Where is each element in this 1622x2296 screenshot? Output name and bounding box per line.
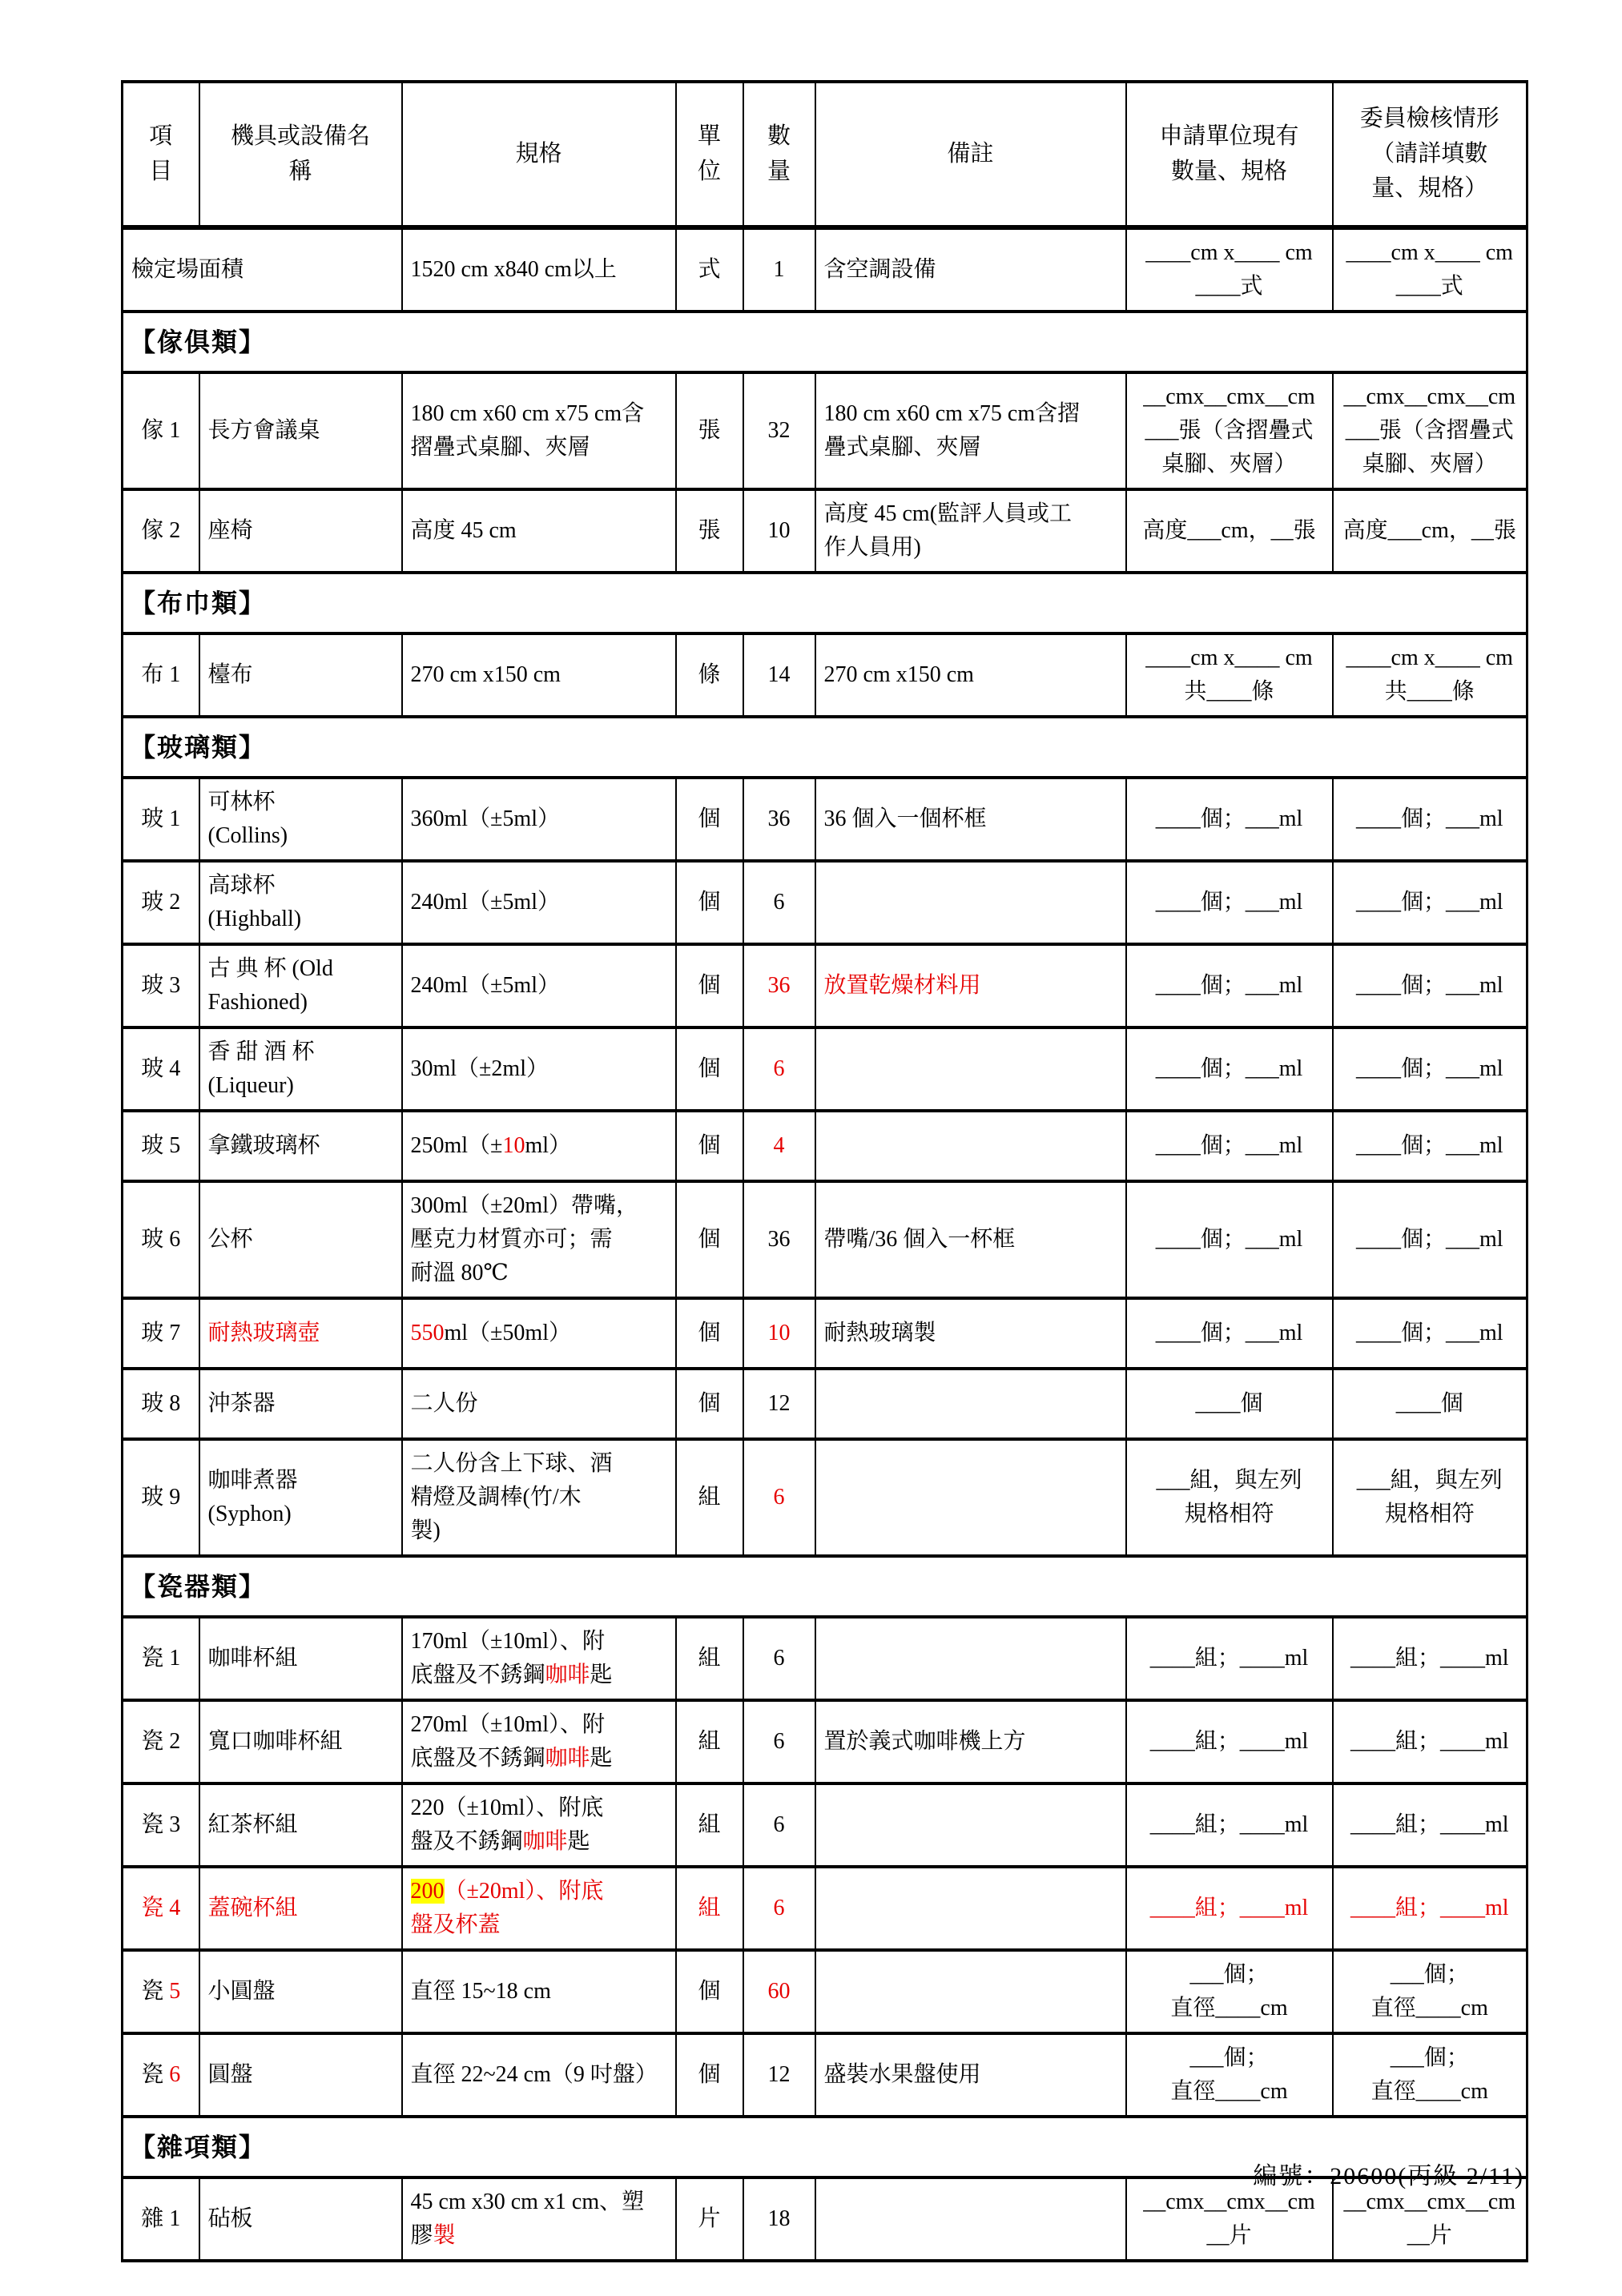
text-run: 6 [774,1896,785,1920]
cell-spec: 二人份含上下球、酒 精燈及調棒(竹/木 製) [402,1439,676,1556]
text-run: 公杯 [208,1227,253,1252]
text-run: 玻 7 [141,1321,180,1345]
text-run: 個 [698,973,720,998]
text-run: 玻 4 [141,1056,180,1081]
cell-unit: 張 [676,489,743,573]
text-run: 組 [698,1896,720,1920]
text-run: ____個 [1396,1391,1463,1416]
cell-note: 盛裝水果盤使用 [815,2033,1126,2117]
cell-unit: 個 [676,1181,743,1298]
cell-apply: ____組；____ml [1126,1783,1333,1867]
column-header: 單 位 [676,82,743,227]
text-run: 30ml（±2ml） [411,1056,549,1081]
table-row: 瓷 5小圓盤直徑 15~18 cm個60___個； 直徑____cm___個； … [123,1950,1527,2033]
text-run: ____cm x____ cm 共____條 [1346,645,1513,704]
cell-unit: 張 [676,372,743,489]
table-row: 瓷 2寬口咖啡杯組270ml（±10ml）、附 底盤及不銹鋼咖啡匙組6置於義式咖… [123,1700,1527,1783]
cell-qty: 36 [743,778,815,861]
text-run: 個 [698,1133,720,1158]
text-run: 180 cm x60 cm x75 cm含 摺疊式桌腳、夾層 [411,401,645,460]
cell-id: 玻 2 [123,861,199,944]
table-row: 瓷 6圓盤直徑 22~24 cm（9 吋盤）個12盛裝水果盤使用___個； 直徑… [123,2033,1527,2117]
text-run: ____組；____ml [1350,1646,1509,1671]
cell-id: 瓷 6 [123,2033,199,2117]
cell-unit: 條 [676,633,743,717]
cell-spec: 200（±20ml）、附底 盤及杯蓋 [402,1867,676,1950]
cell-qty: 6 [743,1027,815,1111]
table-row: 玻 3古 典 杯 (Old Fashioned)240ml（±5ml）個36放置… [123,944,1527,1027]
table-row: 傢 1長方會議桌180 cm x60 cm x75 cm含 摺疊式桌腳、夾層張3… [123,372,1527,489]
cell-check: __cmx__cmx__cm ___張（含摺疊式 桌腳、夾層） [1333,372,1527,489]
table-row: 瓷 4蓋碗杯組200（±20ml）、附底 盤及杯蓋組6____組；____ml_… [123,1867,1527,1950]
section-label: 【傢俱類】 [123,312,1527,372]
text-run: 瓷 [141,2062,169,2087]
text-run: 550 [411,1321,445,1345]
cell-note [815,1783,1126,1867]
cell-note: 含空調設備 [815,227,1126,312]
cell-spec: 高度 45 cm [402,489,676,573]
text-run: 個 [698,890,720,915]
cell-apply: ____個；___ml [1126,1111,1333,1181]
cell-note: 放置乾燥材料用 [815,944,1126,1027]
cell-spec: 30ml（±2ml） [402,1027,676,1111]
cell-qty: 1 [743,227,815,312]
cell-unit: 組 [676,1700,743,1783]
column-header: 項 目 [123,82,199,227]
cell-id: 玻 7 [123,1298,199,1369]
cell-note [815,1617,1126,1700]
cell-name: 紅茶杯組 [199,1783,402,1867]
text-run: ____個；___ml [1156,1133,1303,1158]
cell-name: 咖啡煮器 (Syphon) [199,1439,402,1556]
text-run: 直徑 15~18 cm [411,1979,551,2004]
cell-note [815,861,1126,944]
cell-spec: 360ml（±5ml） [402,778,676,861]
text-run: 32 [768,418,791,443]
cell-id: 玻 1 [123,778,199,861]
cell-check: ___組，與左列 規格相符 [1333,1439,1527,1556]
cell-id: 瓷 2 [123,1700,199,1783]
cell-name: 長方會議桌 [199,372,402,489]
table-row: 瓷 3紅茶杯組220（±10ml）、附底 盤及不銹鋼咖啡匙組6____組；___… [123,1783,1527,1867]
table-row: 玻 1可林杯 (Collins)360ml（±5ml）個3636 個入一個杯框_… [123,778,1527,861]
cell-id: 玻 5 [123,1111,199,1181]
text-run: 12 [768,1391,791,1416]
cell-check: ____個；___ml [1333,944,1527,1027]
text-run: ____cm x____ cm ____式 [1346,240,1513,299]
cell-qty: 36 [743,1181,815,1298]
text-run: ____組；____ml [1150,1646,1309,1671]
text-run: 玻 9 [141,1485,180,1510]
cell-unit: 個 [676,778,743,861]
cell-qty: 10 [743,489,815,573]
text-run: 【瓷器類】 [130,1572,266,1601]
text-run: 匙 [590,1663,613,1687]
text-run: __cmx__cmx__cm __片 [1343,2189,1515,2248]
text-run: 10 [768,518,791,543]
cell-check: ____個；___ml [1333,1298,1527,1369]
text-run: ____個；___ml [1156,890,1303,915]
text-run: 咖啡 [523,1829,568,1854]
text-run: ___組，與左列 規格相符 [1357,1468,1503,1526]
cell-check: ___個； 直徑____cm [1333,2033,1527,2117]
table-row: 玻 2高球杯 (Highball)240ml（±5ml）個6____個；___m… [123,861,1527,944]
table-row: 玻 9咖啡煮器 (Syphon)二人份含上下球、酒 精燈及調棒(竹/木 製)組6… [123,1439,1527,1556]
text-run: 36 [768,973,791,998]
cell-name: 座椅 [199,489,402,573]
cell-unit: 個 [676,1027,743,1111]
cell-check: ____個；___ml [1333,1181,1527,1298]
cell-qty: 6 [743,861,815,944]
text-run: ml） [525,1133,571,1158]
text-run: 1520 cm x840 cm以上 [411,257,617,282]
cell-note: 帶嘴/36 個入一杯框 [815,1181,1126,1298]
cell-check: ___個； 直徑____cm [1333,1950,1527,2033]
text-run: ____個；___ml [1356,1321,1503,1345]
text-run: ___組，與左列 規格相符 [1156,1468,1302,1526]
text-run: 270 cm x150 cm [824,662,974,687]
text-run: 300ml（±20ml）帶嘴， 壓克力材質亦可；需 耐溫 80℃ [411,1193,639,1285]
text-run: 檯布 [208,662,253,687]
text-run: 咖啡 [545,1746,590,1771]
cell-name: 小圓盤 [199,1950,402,2033]
text-run: ml（±50ml） [445,1321,572,1345]
section-row: 【玻璃類】 [123,717,1527,778]
doc-number: 編號：20600(丙級 2/11) [1253,2156,1524,2191]
text-run: 沖茶器 [208,1391,276,1416]
cell-unit: 式 [676,227,743,312]
cell-name: 高球杯 (Highball) [199,861,402,944]
cell-qty: 10 [743,1298,815,1369]
text-run: 玻 6 [141,1227,180,1252]
text-run: 10 [768,1321,791,1345]
text-run: 6 [774,1729,785,1754]
cell-name: 寬口咖啡杯組 [199,1700,402,1783]
text-run: 200 [411,1879,445,1904]
text-run: 240ml（±5ml） [411,890,561,915]
cell-apply: ____cm x____ cm 共____條 [1126,633,1333,717]
text-run: 玻 1 [141,806,180,831]
table-body: 檢定場面積1520 cm x840 cm以上式1含空調設備____cm x___… [123,227,1527,2261]
cell-id: 傢 1 [123,372,199,489]
cell-apply: ____個；___ml [1126,861,1333,944]
cell-id: 玻 3 [123,944,199,1027]
cell-unit: 個 [676,2033,743,2117]
table-row: 玻 5拿鐵玻璃杯250ml（±10ml）個4____個；___ml____個；_… [123,1111,1527,1181]
text-run: ____組；____ml [1150,1729,1309,1754]
section-row: 【傢俱類】 [123,312,1527,372]
text-run: 360ml（±5ml） [411,806,561,831]
text-run: 高度 45 cm(監評人員或工 作人員用) [824,501,1073,560]
text-run: 【布巾類】 [130,589,266,617]
text-run: 瓷 3 [141,1812,180,1837]
cell-apply: ____個；___ml [1126,1027,1333,1111]
cell-id: 玻 8 [123,1369,199,1439]
text-run: 270 cm x150 cm [411,662,561,687]
cell-id: 玻 6 [123,1181,199,1298]
text-run: 組 [698,1646,720,1671]
text-run: __cmx__cmx__cm ___張（含摺疊式 桌腳、夾層） [1343,384,1515,476]
text-run: 咖啡煮器 (Syphon) [208,1468,298,1526]
text-run: 玻 8 [141,1391,180,1416]
cell-spec: 二人份 [402,1369,676,1439]
cell-note [815,1027,1126,1111]
cell-spec: 1520 cm x840 cm以上 [402,227,676,312]
text-run: 耐熱玻璃壺 [208,1321,320,1345]
cell-check: 高度___cm，__張 [1333,489,1527,573]
cell-check: ____組；____ml [1333,1783,1527,1867]
cell-note [815,1439,1126,1556]
cell-qty: 36 [743,944,815,1027]
column-header: 申請單位現有 數量、規格 [1126,82,1333,227]
cell-note [815,1950,1126,2033]
text-run: 12 [768,2062,791,2087]
cell-spec: 220（±10ml）、附底 盤及不銹鋼咖啡匙 [402,1783,676,1867]
text-run: ____組；____ml [1350,1812,1509,1837]
text-run: 耐熱玻璃製 [824,1321,936,1345]
text-run: 6 [774,890,785,915]
text-run: 蓋碗杯組 [208,1896,298,1920]
text-run: ____cm x____ cm 共____條 [1145,645,1312,704]
cell-spec: 550ml（±50ml） [402,1298,676,1369]
text-run: 6 [774,1056,785,1081]
cell-note: 高度 45 cm(監評人員或工 作人員用) [815,489,1126,573]
text-run: 組 [698,1812,720,1837]
cell-unit: 個 [676,1111,743,1181]
text-run: 【玻璃類】 [130,733,266,762]
cell-id: 瓷 1 [123,1617,199,1700]
table-row: 玻 7耐熱玻璃壺550ml（±50ml）個10耐熱玻璃製____個；___ml_… [123,1298,1527,1369]
text-run: 36 個入一個杯框 [824,806,987,831]
cell-name: 拿鐵玻璃杯 [199,1111,402,1181]
text-run: __cmx__cmx__cm ___張（含摺疊式 桌腳、夾層） [1143,384,1315,476]
text-run: 6 [774,1646,785,1671]
text-run: 砧板 [208,2206,253,2231]
text-run: 個 [698,1979,720,2004]
text-run: 個 [698,1321,720,1345]
text-run: 36 [768,1227,791,1252]
text-run: 古 典 杯 (Old Fashioned) [208,956,333,1015]
cell-id: 布 1 [123,633,199,717]
cell-name: 可林杯 (Collins) [199,778,402,861]
text-run: 1 [774,257,785,282]
cell-qty: 12 [743,2033,815,2117]
cell-apply: ____組；____ml [1126,1867,1333,1950]
text-run: 14 [768,662,791,687]
text-run: 6 [169,2062,180,2087]
text-run: ____組；____ml [1350,1729,1509,1754]
text-run: 240ml（±5ml） [411,973,561,998]
cell-id: 瓷 3 [123,1783,199,1867]
cell-check: ____個；___ml [1333,1027,1527,1111]
text-run: 可林杯 (Collins) [208,790,288,848]
cell-name: 香 甜 酒 杯 (Liqueur) [199,1027,402,1111]
cell-unit: 個 [676,1369,743,1439]
cell-note [815,2177,1126,2261]
cell-apply: ___個； 直徑____cm [1126,1950,1333,2033]
column-header: 數 量 [743,82,815,227]
text-run: 匙 [568,1829,590,1854]
cell-id: 玻 4 [123,1027,199,1111]
text-run: 傢 2 [141,518,180,543]
cell-unit: 個 [676,1950,743,2033]
cell-id: 玻 9 [123,1439,199,1556]
section-label: 【瓷器類】 [123,1556,1527,1617]
text-run: 圓盤 [208,2062,253,2087]
cell-spec: 300ml（±20ml）帶嘴， 壓克力材質亦可；需 耐溫 80℃ [402,1181,676,1298]
cell-check: ____cm x____ cm ____式 [1333,227,1527,312]
text-run: 雜 1 [141,2206,180,2231]
section-label: 【布巾類】 [123,573,1527,633]
cell-name: 咖啡杯組 [199,1617,402,1700]
cell-apply: ____個；___ml [1126,944,1333,1027]
cell-spec: 170ml（±10ml）、附 底盤及不銹鋼咖啡匙 [402,1617,676,1700]
text-run: ___個； 直徑____cm [1170,1962,1287,2021]
text-run: 10 [502,1133,525,1158]
text-run: 含空調設備 [824,257,936,282]
text-run: 【傢俱類】 [130,328,266,356]
text-run: 玻 5 [141,1133,180,1158]
text-run: 檢定場面積 [131,257,244,282]
column-header: 備註 [815,82,1126,227]
cell-spec: 直徑 22~24 cm（9 吋盤） [402,2033,676,2117]
table-header-row: 項 目機具或設備名 稱規格單 位數 量備註申請單位現有 數量、規格委員檢核情形 … [123,82,1527,227]
table-row: 玻 6公杯300ml（±20ml）帶嘴， 壓克力材質亦可；需 耐溫 80℃個36… [123,1181,1527,1298]
cell-spec: 270 cm x150 cm [402,633,676,717]
text-run: ____個；___ml [1156,806,1303,831]
text-run: 個 [698,806,720,831]
section-row: 【瓷器類】 [123,1556,1527,1617]
text-run: 二人份含上下球、酒 精燈及調棒(竹/木 製) [411,1451,613,1543]
text-run: 製 [433,2223,456,2248]
cell-apply: ___組，與左列 規格相符 [1126,1439,1333,1556]
text-run: 長方會議桌 [208,418,320,443]
text-run: ____組；____ml [1150,1896,1309,1920]
cell-check: ____組；____ml [1333,1867,1527,1950]
text-run: 盛裝水果盤使用 [824,2062,981,2087]
cell-unit: 個 [676,944,743,1027]
cell-spec: 250ml（±10ml） [402,1111,676,1181]
cell-name: 檯布 [199,633,402,717]
cell-check: ____個 [1333,1369,1527,1439]
text-run: 【雜項類】 [130,2133,266,2161]
text-run: ____個；___ml [1156,973,1303,998]
text-run: 6 [774,1812,785,1837]
cell-apply: ____個；___ml [1126,778,1333,861]
cell-name: 耐熱玻璃壺 [199,1298,402,1369]
cell-qty: 6 [743,1867,815,1950]
cell-unit: 組 [676,1867,743,1950]
text-run: 布 1 [141,662,180,687]
table-row: 傢 2座椅高度 45 cm張10高度 45 cm(監評人員或工 作人員用)高度_… [123,489,1527,573]
text-run: ____個；___ml [1356,1056,1503,1081]
cell-spec: 240ml（±5ml） [402,861,676,944]
cell-qty: 12 [743,1369,815,1439]
section-label: 【玻璃類】 [123,717,1527,778]
cell-apply: ____組；____ml [1126,1617,1333,1700]
cell-apply: 高度___cm，__張 [1126,489,1333,573]
text-run: 組 [698,1729,720,1754]
text-run: ____個；___ml [1356,806,1503,831]
cell-apply: ____組；____ml [1126,1700,1333,1783]
text-run: ____組；____ml [1150,1812,1309,1837]
cell-unit: 個 [676,1298,743,1369]
cell-check: ____cm x____ cm 共____條 [1333,633,1527,717]
cell-apply: ____cm x____ cm ____式 [1126,227,1333,312]
text-run: 瓷 4 [141,1896,180,1920]
cell-qty: 32 [743,372,815,489]
header-row: 項 目機具或設備名 稱規格單 位數 量備註申請單位現有 數量、規格委員檢核情形 … [123,82,1527,227]
text-run: 4 [774,1133,785,1158]
text-run: ____個；___ml [1156,1227,1303,1252]
text-run: 高度___cm，__張 [1343,518,1516,543]
text-run: 180 cm x60 cm x75 cm含摺 疊式桌腳、夾層 [824,401,1081,460]
cell-name: 公杯 [199,1181,402,1298]
cell-note: 36 個入一個杯框 [815,778,1126,861]
cell-spec: 240ml（±5ml） [402,944,676,1027]
cell-check: ____個；___ml [1333,778,1527,861]
cell-unit: 組 [676,1617,743,1700]
cell-check: ____個；___ml [1333,1111,1527,1181]
cell-qty: 6 [743,1617,815,1700]
cell-note [815,1111,1126,1181]
text-run: 匙 [590,1746,613,1771]
text-run: 座椅 [208,518,253,543]
cell-qty: 6 [743,1439,815,1556]
text-run: 咖啡 [545,1663,590,1687]
text-run: 18 [768,2206,791,2231]
cell-qty: 14 [743,633,815,717]
cell-id: 瓷 4 [123,1867,199,1950]
table-row: 瓷 1咖啡杯組170ml（±10ml）、附 底盤及不銹鋼咖啡匙組6____組；_… [123,1617,1527,1700]
text-run: ____個；___ml [1356,1133,1503,1158]
text-run: 張 [698,418,720,443]
cell-id: 雜 1 [123,2177,199,2261]
text-run: 個 [698,1391,720,1416]
cell-check: ____組；____ml [1333,1700,1527,1783]
cell-check: ____組；____ml [1333,1617,1527,1700]
text-run: 放置乾燥材料用 [824,973,981,998]
text-run: 60 [768,1979,791,2004]
text-run: 36 [768,806,791,831]
section-row: 【布巾類】 [123,573,1527,633]
text-run: 傢 1 [141,418,180,443]
cell-unit: 組 [676,1783,743,1867]
text-run: ____cm x____ cm ____式 [1145,240,1312,299]
text-run: 個 [698,2062,720,2087]
text-run: 組 [698,1485,720,1510]
text-run: 小圓盤 [208,1979,276,2004]
cell-name: 砧板 [199,2177,402,2261]
cell-apply: ____個；___ml [1126,1181,1333,1298]
cell-note [815,1369,1126,1439]
text-run: 拿鐵玻璃杯 [208,1133,320,1158]
text-run: 片 [698,2206,720,2231]
text-run: 高球杯 (Highball) [208,873,302,931]
text-run: 寬口咖啡杯組 [208,1729,343,1754]
text-run: 高度___cm，__張 [1142,518,1315,543]
text-run: 玻 3 [141,973,180,998]
cell-spec: 直徑 15~18 cm [402,1950,676,2033]
table-row: 檢定場面積1520 cm x840 cm以上式1含空調設備____cm x___… [123,227,1527,312]
text-run: 瓷 [141,1979,169,2004]
text-run: ____個；___ml [1356,973,1503,998]
cell-qty: 4 [743,1111,815,1181]
cell-name: 沖茶器 [199,1369,402,1439]
text-run: ___個； 直徑____cm [1170,2045,1287,2104]
cell-unit: 個 [676,861,743,944]
cell-name: 古 典 杯 (Old Fashioned) [199,944,402,1027]
